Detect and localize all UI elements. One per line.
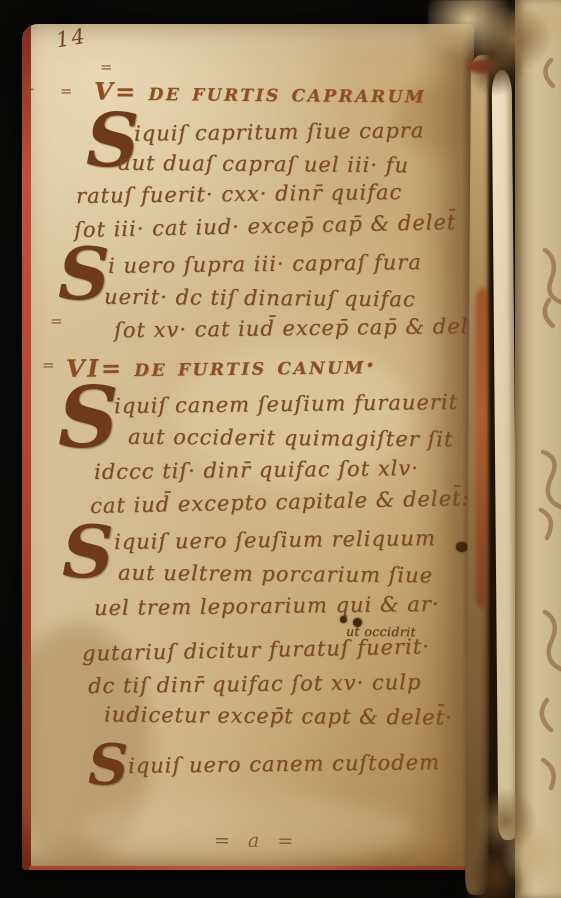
- text-line: uerit· dc tiſ dinariuſ quifac: [104, 285, 416, 312]
- text-line: aut duaſ capraſ uel iii· fu: [118, 151, 409, 178]
- text-line: iquiſ capritum ſiue capra: [134, 118, 425, 146]
- margin-mark: =: [42, 356, 56, 374]
- text-line: aut occiderit quimagiſter ſit: [128, 425, 454, 452]
- margin-mark: =: [50, 312, 64, 330]
- margin-mark: =: [60, 82, 74, 100]
- text-line: ratuſ fuerit· cxx· dinr̄ quifac: [76, 180, 402, 208]
- text-line: iquiſ uero canem cuſtodem: [128, 750, 440, 778]
- text-line: ſot iii· cat iud· excep̄ cap̄ & delet̄: [74, 210, 457, 242]
- chapter6-para1-initial: S: [58, 380, 119, 456]
- text-line: iudicetur excep̄t capt & delet̄·: [104, 702, 453, 729]
- binding-headband-tangle: [428, 0, 561, 96]
- ink-blot: [340, 616, 347, 623]
- text-line: uel trem leporarium qui & ar·: [94, 592, 440, 620]
- manuscript-page: 14 = ⊦ = V= de furtis caprarum S iquiſ c…: [22, 24, 474, 870]
- quire-signature-mark: = a =: [214, 830, 299, 853]
- facing-page-text-fragment: [515, 0, 561, 898]
- text-line: cat iud̄ excepto capitale & delet̄:: [90, 486, 470, 518]
- chapter6-para3-initial: S: [88, 740, 128, 790]
- text-line: i uero ſupra iii· capraſ fura: [108, 250, 422, 278]
- text-line: idccc tiſ· dinr̄ quifac ſot xlv·: [94, 456, 419, 484]
- chapter5-para2-initial: S: [58, 242, 110, 307]
- red-stained-bottom-edge: [29, 866, 474, 870]
- binding-tailband-tangle: [468, 788, 561, 898]
- chapter5-heading: V= de furtis caprarum: [94, 77, 426, 109]
- margin-mark: =: [100, 58, 114, 76]
- chapter6-para2-initial: S: [62, 520, 114, 585]
- manuscript-photo: 14 = ⊦ = V= de furtis caprarum S iquiſ c…: [0, 0, 561, 898]
- facing-page-strip: [515, 0, 561, 898]
- text-line: gutariuſ dicitur furatuſ fuerit·: [82, 634, 430, 665]
- text-line: ſot xv· cat iud̄ excep̄ cap̄ & delet̄;: [114, 314, 474, 343]
- folio-number: 14: [54, 24, 88, 52]
- text-line: aut ueltrem porcarium ſiue: [118, 561, 433, 588]
- text-line: iquiſ canem ſeuſium furauerit: [114, 390, 458, 418]
- text-line: dc tiſ dinr̄ quifac ſot xv· culp: [88, 670, 422, 698]
- gutter-red-stain: [476, 288, 489, 608]
- text-line: iquiſ uero ſeuſium reliquum: [114, 526, 436, 554]
- margin-mark: ⊦: [25, 80, 36, 101]
